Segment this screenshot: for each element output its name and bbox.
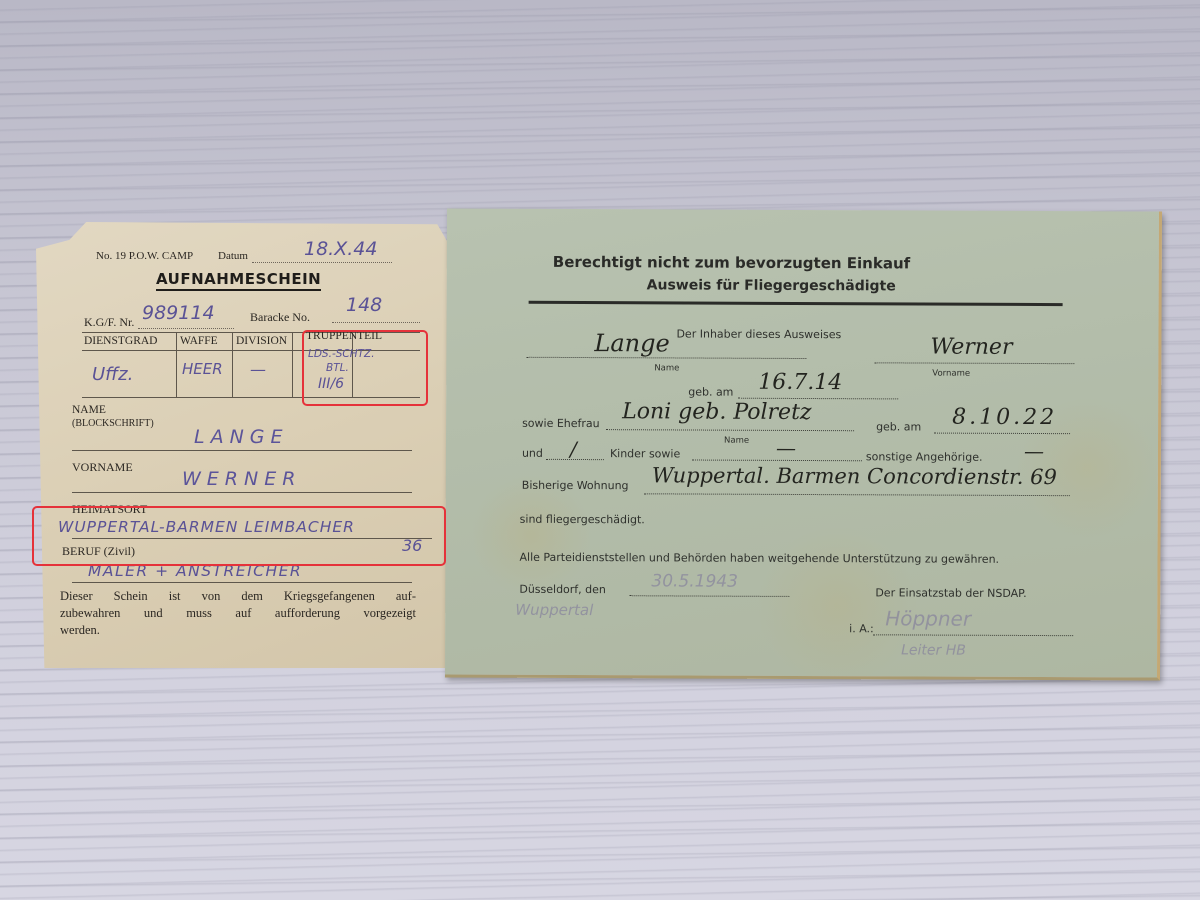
instructions-line-3: werden. xyxy=(60,622,416,639)
highlight-heimatsort xyxy=(32,506,446,566)
header-dienstgrad: DIENSTGRAD xyxy=(84,335,157,347)
status-text: sind fliegergeschädigt. xyxy=(520,513,645,527)
instructions-line-2: zubewahren und muss auf aufforderung vor… xyxy=(60,605,416,622)
angehoerige-dash: — xyxy=(1024,439,1044,463)
name-label: NAME xyxy=(72,404,106,416)
value-division: — xyxy=(250,360,266,379)
bomb-victim-id-card: Berechtigt nicht zum bevorzugten Einkauf… xyxy=(445,208,1162,680)
name-value: LANGE xyxy=(194,426,289,448)
vorname-caption: Vorname xyxy=(932,369,970,379)
kgf-line xyxy=(138,328,234,329)
holder-label: Der Inhaber dieses Ausweises xyxy=(676,327,841,341)
vorname-value: WERNER xyxy=(182,468,301,490)
date-line xyxy=(629,595,789,597)
vorname-label: VORNAME xyxy=(72,460,133,475)
baracke-line xyxy=(332,322,420,323)
heading-title: Ausweis für Fliegergeschädigte xyxy=(647,277,896,294)
support-text: Alle Parteidienststellen und Behörden ha… xyxy=(519,551,999,566)
wife-name-caption: Name xyxy=(724,436,749,446)
pow-card-title: AUFNAHMESCHEIN xyxy=(156,270,321,291)
instructions-line-1: Dieser Schein ist von dem Kriegsgefangen… xyxy=(60,588,416,605)
signature-line xyxy=(873,634,1073,636)
table-divider xyxy=(176,332,177,398)
wife-name: Loni geb. Polretz xyxy=(622,399,811,425)
signature: Höppner xyxy=(885,606,971,630)
wife-birthdate: 8.10.22 xyxy=(952,405,1057,430)
und-label: und xyxy=(522,447,543,460)
header-waffe: WAFFE xyxy=(180,335,218,347)
datum-label: Datum xyxy=(218,250,248,262)
kgf-number: 989114 xyxy=(142,302,215,324)
holder-surname: Lange xyxy=(594,329,669,357)
heading-restriction: Berechtigt nicht zum bevorzugten Einkauf xyxy=(553,253,910,273)
vorname-line xyxy=(874,362,1074,364)
value-dienstgrad: Uffz. xyxy=(92,364,133,385)
datum-line xyxy=(252,262,392,263)
residence-label: Bisherige Wohnung xyxy=(522,479,629,492)
instructions-text: Dieser Schein ist von dem Kriegsgefangen… xyxy=(60,588,416,639)
kinder-value: / xyxy=(570,437,577,461)
wife-birth-label: geb. am xyxy=(876,420,921,433)
wife-birth-line xyxy=(934,433,1070,435)
heading-rule xyxy=(529,301,1063,306)
beruf-rule xyxy=(72,582,412,583)
kinder-label: Kinder sowie xyxy=(610,447,680,460)
table-divider xyxy=(232,332,233,398)
pow-admission-card: No. 19 P.O.W. CAMP Datum 18.X.44 AUFNAHM… xyxy=(36,222,454,668)
name-rule xyxy=(72,450,412,451)
wife-line xyxy=(606,429,854,431)
holder-birthdate: 16.7.14 xyxy=(758,370,842,395)
holder-firstname: Werner xyxy=(930,335,1012,360)
table-divider xyxy=(292,332,293,398)
datum-value: 18.X.44 xyxy=(304,238,377,260)
place-label: Düsseldorf, den xyxy=(519,583,606,596)
baracke-label: Baracke No. xyxy=(250,310,310,325)
highlight-truppenteil xyxy=(302,330,428,406)
issuer-label: Der Einsatzstab der NSDAP. xyxy=(875,586,1026,600)
residence-value: Wuppertal. Barmen Concordienstr. 69 xyxy=(652,463,1057,489)
name-sublabel: (BLOCKSCHRIFT) xyxy=(72,418,154,429)
vorname-rule xyxy=(72,492,412,493)
kgf-label: K.G/F. Nr. xyxy=(84,315,134,330)
name-caption: Name xyxy=(654,363,679,373)
ia-label: i. A.: xyxy=(849,622,874,635)
baracke-number: 148 xyxy=(346,294,382,316)
angehoerige-value: — xyxy=(776,436,796,460)
signature-subtitle: Leiter HB xyxy=(901,642,966,658)
residence-line xyxy=(644,493,1070,496)
camp-label: No. 19 P.O.W. CAMP xyxy=(96,250,193,262)
header-division: DIVISION xyxy=(236,335,287,347)
birth-label: geb. am xyxy=(688,385,733,398)
angehoerige-label: sonstige Angehörige. xyxy=(866,450,983,464)
wife-label: sowie Ehefrau xyxy=(522,417,600,430)
value-waffe: HEER xyxy=(182,360,223,378)
faint-stamp-text: Wuppertal xyxy=(515,601,593,619)
issue-date: 30.5.1943 xyxy=(651,571,738,591)
